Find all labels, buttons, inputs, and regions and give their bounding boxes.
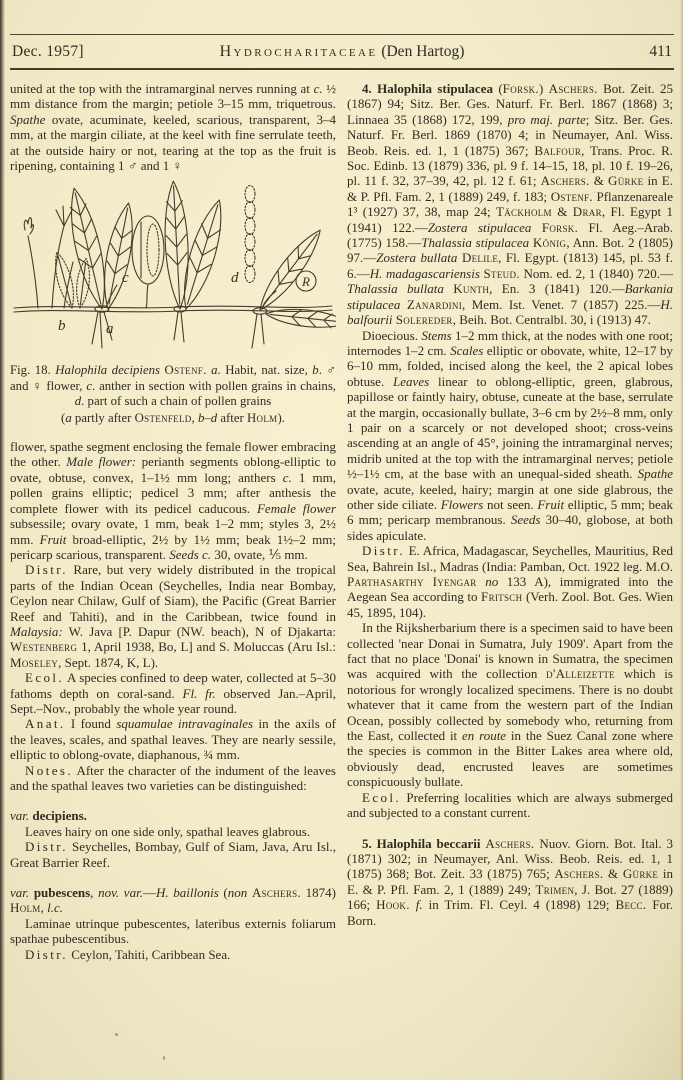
figure-label-a: a xyxy=(106,321,114,337)
header-author: (Den Hartog) xyxy=(377,43,464,60)
running-header: Dec. 1957] Hydrocharitaceae (Den Hartog)… xyxy=(10,35,674,68)
paragraph-ecology: Ecol. A species confined to deep water, … xyxy=(10,670,336,716)
left-column: united at the top with the intramarginal… xyxy=(10,81,336,962)
paragraph-ecology: Ecol. Preferring localities which are al… xyxy=(347,790,673,821)
species-entry-5: 5. Halophila beccarii Aschers. Nuov. Gio… xyxy=(347,836,673,928)
paragraph-notes: Notes. After the character of the indume… xyxy=(10,763,336,794)
figure-caption-credit: (a partly after Ostenfeld, b–d after Hol… xyxy=(10,411,336,426)
page-content: Dec. 1957] Hydrocharitaceae (Den Hartog)… xyxy=(10,34,674,962)
figure-label-b: b xyxy=(58,318,66,334)
leaf-drawing xyxy=(97,201,140,311)
variety-heading: var. pubescens, nov. var.—H. baillonis (… xyxy=(10,885,336,916)
scan-speck xyxy=(115,1033,118,1036)
figure-r-label: R xyxy=(301,274,310,289)
paragraph-distribution: Distr. Ceylon, Tahiti, Caribbean Sea. xyxy=(10,947,336,962)
variety-heading: var. decipiens. xyxy=(10,808,336,823)
leaf-drawing xyxy=(265,306,336,331)
leaf-drawing xyxy=(252,225,328,317)
paragraph-description: Dioecious. Stems 1–2 mm thick, at the no… xyxy=(347,328,673,544)
rijksherbarium-mark: R xyxy=(296,271,316,291)
leaf-drawing xyxy=(175,197,231,313)
paragraph: united at the top with the intramarginal… xyxy=(10,81,336,173)
page-number: 411 xyxy=(532,43,672,61)
leaf-drawing xyxy=(162,181,191,310)
figure-label-d: d xyxy=(231,270,239,286)
leaf-drawing xyxy=(62,186,113,312)
figure-caption-text: Fig. 18. Halophila decipiens Ostenf. a. … xyxy=(10,363,336,409)
page-gutter-shadow xyxy=(0,0,5,1080)
right-column: 4. Halophila stipulacea (Forsk.) Aschers… xyxy=(347,81,673,962)
figure-label-c: c xyxy=(122,270,129,286)
paragraph: Leaves hairy on one side only, spathal l… xyxy=(10,824,336,839)
scan-speck xyxy=(163,1056,165,1060)
figure-18: R b a c d Fig. 18. Halophila decipiens O… xyxy=(10,178,336,426)
anther-section-drawing xyxy=(132,216,164,308)
scanned-page: Dec. 1957] Hydrocharitaceae (Den Hartog)… xyxy=(0,0,683,1080)
header-date: Dec. 1957] xyxy=(12,43,152,61)
paragraph: In the Rijksherbarium there is a specime… xyxy=(347,620,673,789)
header-rule-bottom xyxy=(10,68,674,70)
roots-drawing xyxy=(92,312,264,348)
figure-caption: Fig. 18. Halophila decipiens Ostenf. a. … xyxy=(10,363,336,426)
species-entry-4: 4. Halophila stipulacea (Forsk.) Aschers… xyxy=(347,81,673,328)
header-title: Hydrocharitaceae (Den Hartog) xyxy=(152,43,532,61)
paragraph: Laminae utrinque pubescentes, lateribus … xyxy=(10,916,336,947)
paragraph: flower, spathe segment enclosing the fem… xyxy=(10,439,336,562)
paragraph-distribution: Distr. Rare, but very widely distributed… xyxy=(10,562,336,670)
paragraph-anatomy: Anat. I found squamulae intravaginales i… xyxy=(10,716,336,762)
botanical-illustration: R b a c d xyxy=(10,178,336,360)
pollen-chain-drawing xyxy=(245,186,255,283)
header-family-name: Hydrocharitaceae xyxy=(220,43,378,60)
text-columns: united at the top with the intramarginal… xyxy=(10,81,674,962)
flower-drawing xyxy=(24,206,73,308)
paragraph-distribution: Distr. E. Africa, Madagascar, Seychelles… xyxy=(347,543,673,620)
paragraph-distribution: Distr. Seychelles, Bombay, Gulf of Siam,… xyxy=(10,839,336,870)
